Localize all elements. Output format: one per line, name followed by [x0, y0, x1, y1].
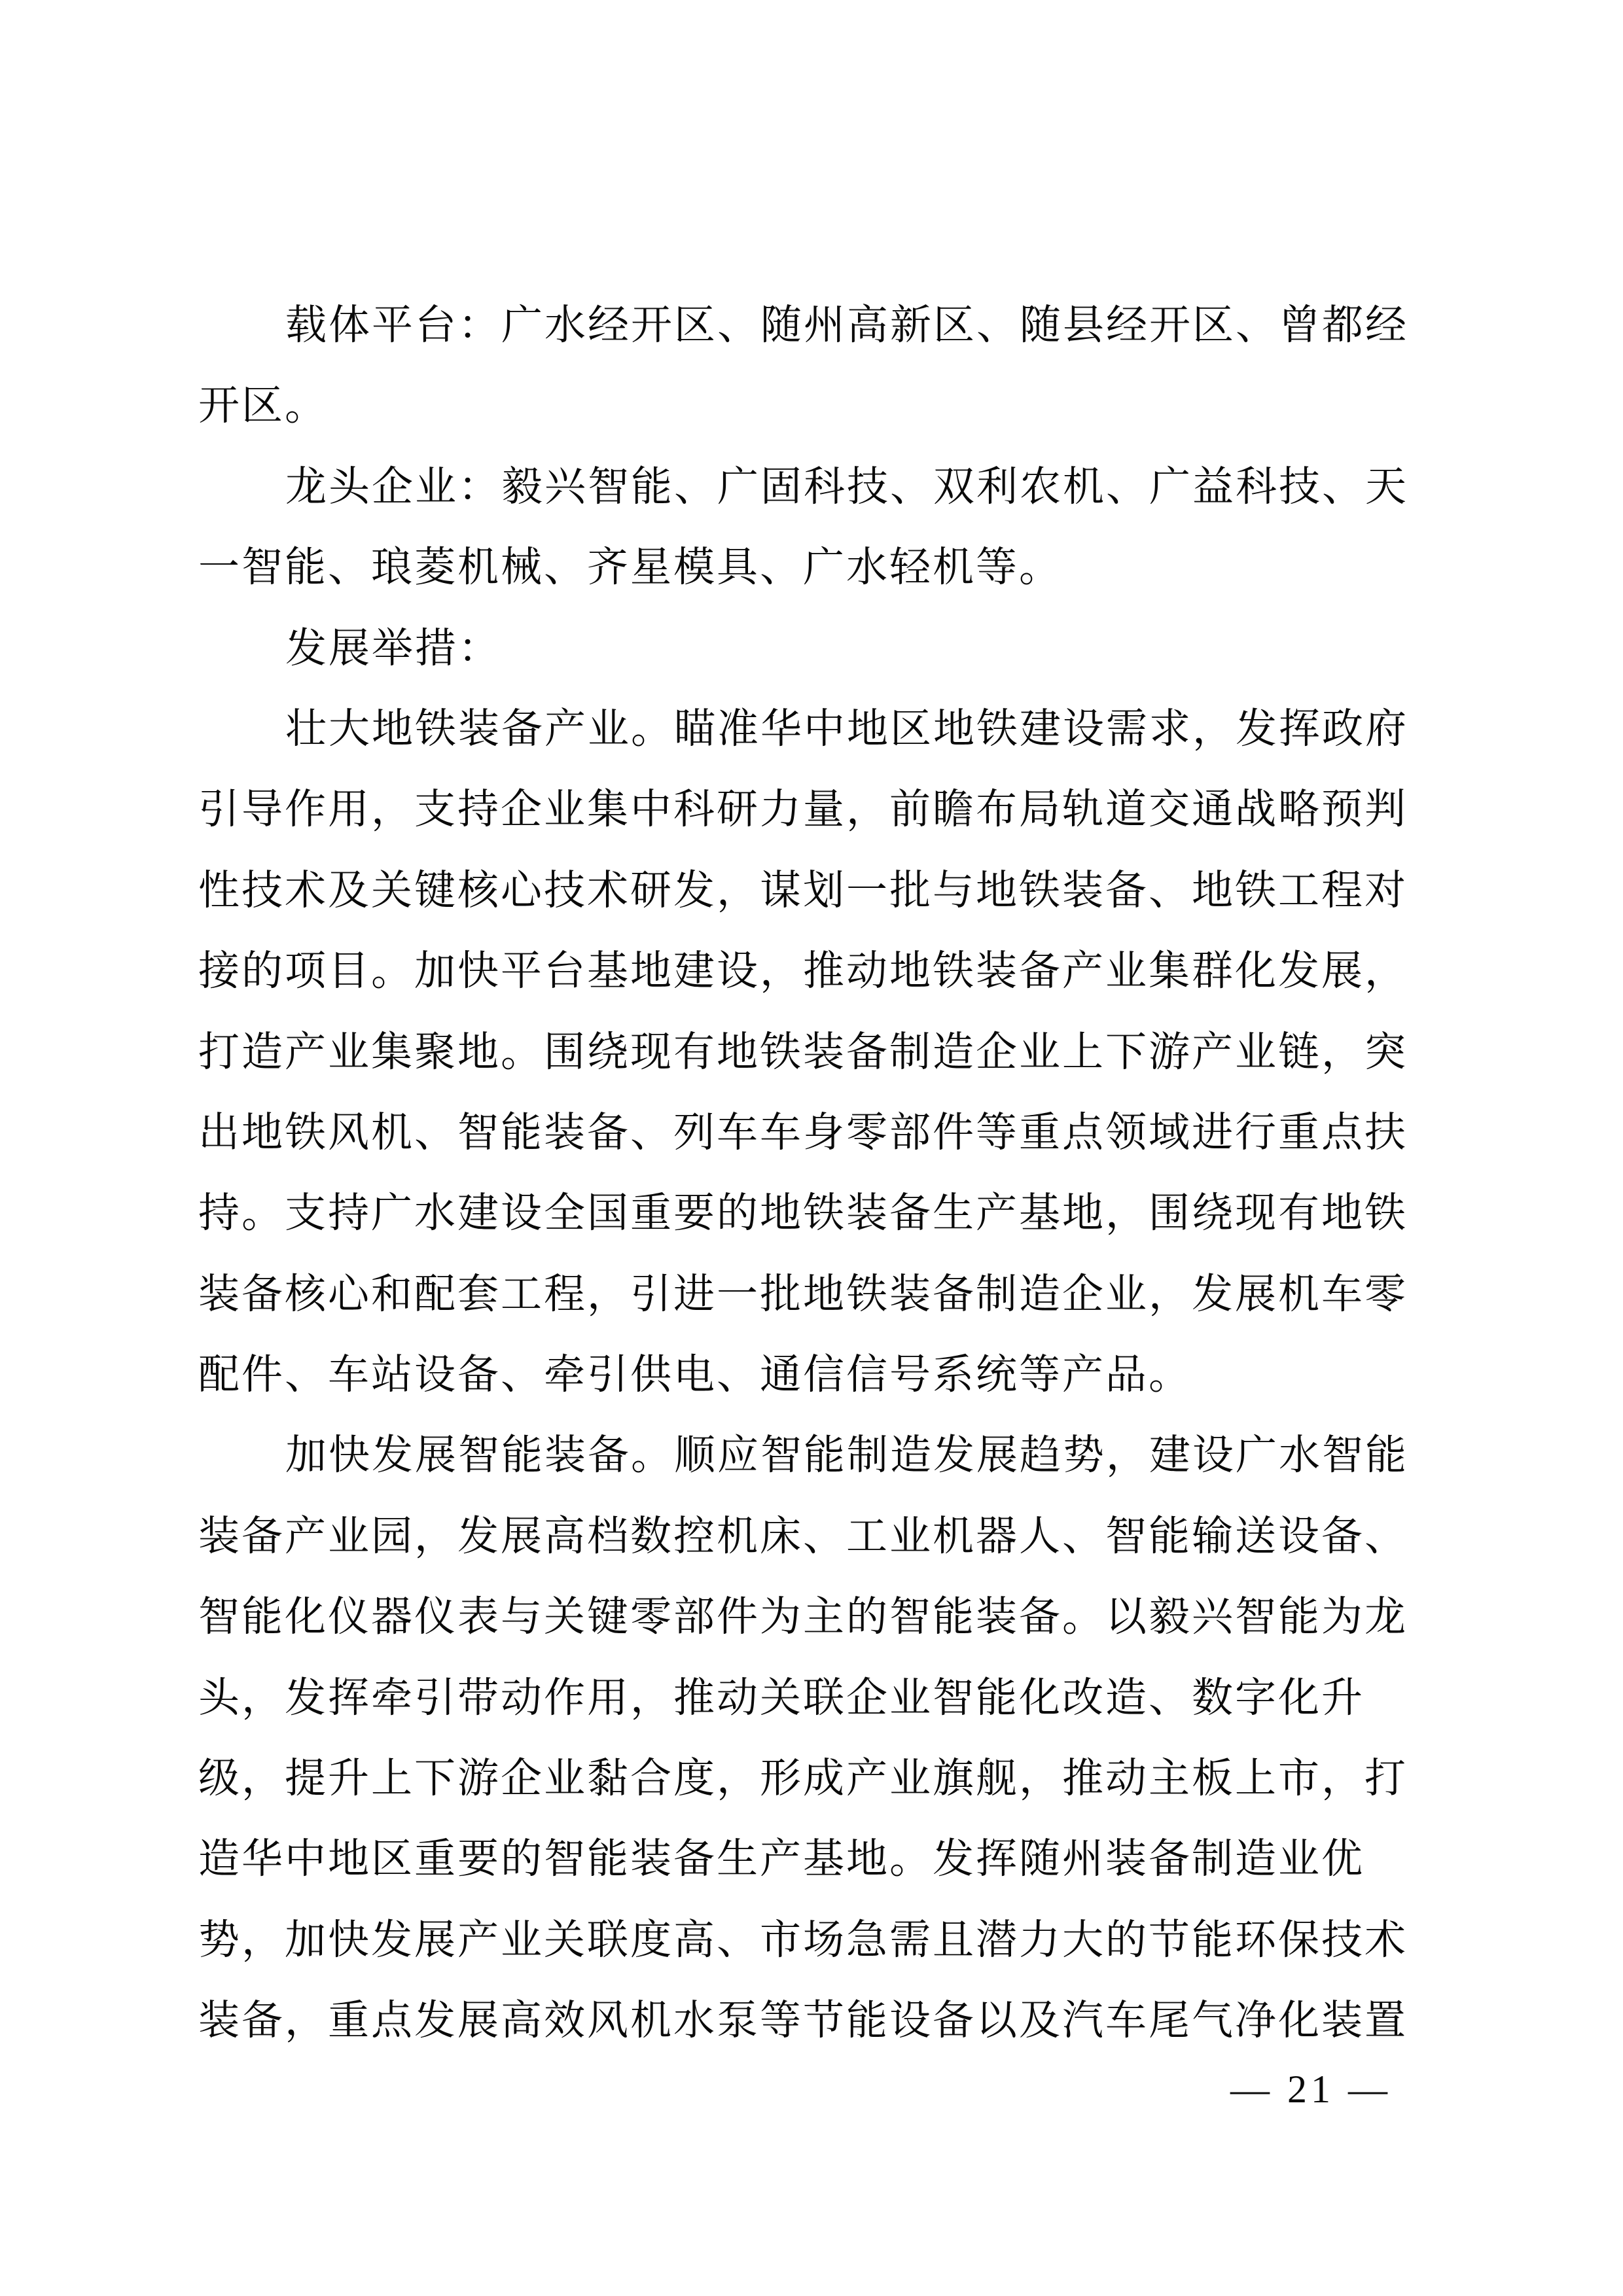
document-page: 载体平台：广水经开区、随州高新区、随县经开区、曾都经 开区。 龙头企业：毅兴智能…: [0, 0, 1623, 2296]
text-line: 壮大地铁装备产业。瞄准华中地区地铁建设需求，发挥政府: [198, 689, 1417, 769]
text-line: 装备产业园，发展高档数控机床、工业机器人、智能输送设备、: [198, 1496, 1417, 1577]
page-body-text: 载体平台：广水经开区、随州高新区、随县经开区、曾都经 开区。 龙头企业：毅兴智能…: [198, 285, 1417, 2062]
text-line: 持。支持广水建设全国重要的地铁装备生产基地，围绕现有地铁: [198, 1173, 1417, 1254]
text-line: 级，提升上下游企业黏合度，形成产业旗舰，推动主板上市，打: [198, 1739, 1417, 1819]
text-line: 开区。: [198, 366, 1417, 446]
text-line: 发展举措：: [198, 609, 1417, 689]
text-line: 一智能、琅菱机械、齐星模具、广水轻机等。: [198, 527, 1417, 608]
text-line: 配件、车站设备、牵引供电、通信信号系统等产品。: [198, 1335, 1417, 1415]
text-line: 打造产业集聚地。围绕现有地铁装备制造企业上下游产业链，突: [198, 1012, 1417, 1093]
text-line: 加快发展智能装备。顺应智能制造发展趋势，建设广水智能: [198, 1415, 1417, 1496]
text-line: 装备，重点发展高效风机水泵等节能设备以及汽车尾气净化装置: [198, 1981, 1417, 2061]
text-line: 龙头企业：毅兴智能、广固科技、双利农机、广益科技、天: [198, 447, 1417, 527]
text-line: 势，加快发展产业关联度高、市场急需且潜力大的节能环保技术: [198, 1900, 1417, 1981]
text-line: 性技术及关键核心技术研发，谋划一批与地铁装备、地铁工程对: [198, 851, 1417, 931]
text-line: 智能化仪器仪表与关键零部件为主的智能装备。以毅兴智能为龙: [198, 1577, 1417, 1657]
text-line: 引导作用，支持企业集中科研力量，前瞻布局轨道交通战略预判: [198, 769, 1417, 850]
text-line: 出地铁风机、智能装备、列车车身零部件等重点领域进行重点扶: [198, 1093, 1417, 1173]
text-line: 接的项目。加快平台基地建设，推动地铁装备产业集群化发展，: [198, 931, 1417, 1012]
text-line: 装备核心和配套工程，引进一批地铁装备制造企业，发展机车零: [198, 1254, 1417, 1335]
text-line: 造华中地区重要的智能装备生产基地。发挥随州装备制造业优: [198, 1819, 1417, 1899]
page-number: — 21 —: [1230, 2060, 1440, 2119]
text-line: 载体平台：广水经开区、随州高新区、随县经开区、曾都经: [198, 285, 1417, 366]
text-line: 头，发挥牵引带动作用，推动关联企业智能化改造、数字化升: [198, 1658, 1417, 1739]
